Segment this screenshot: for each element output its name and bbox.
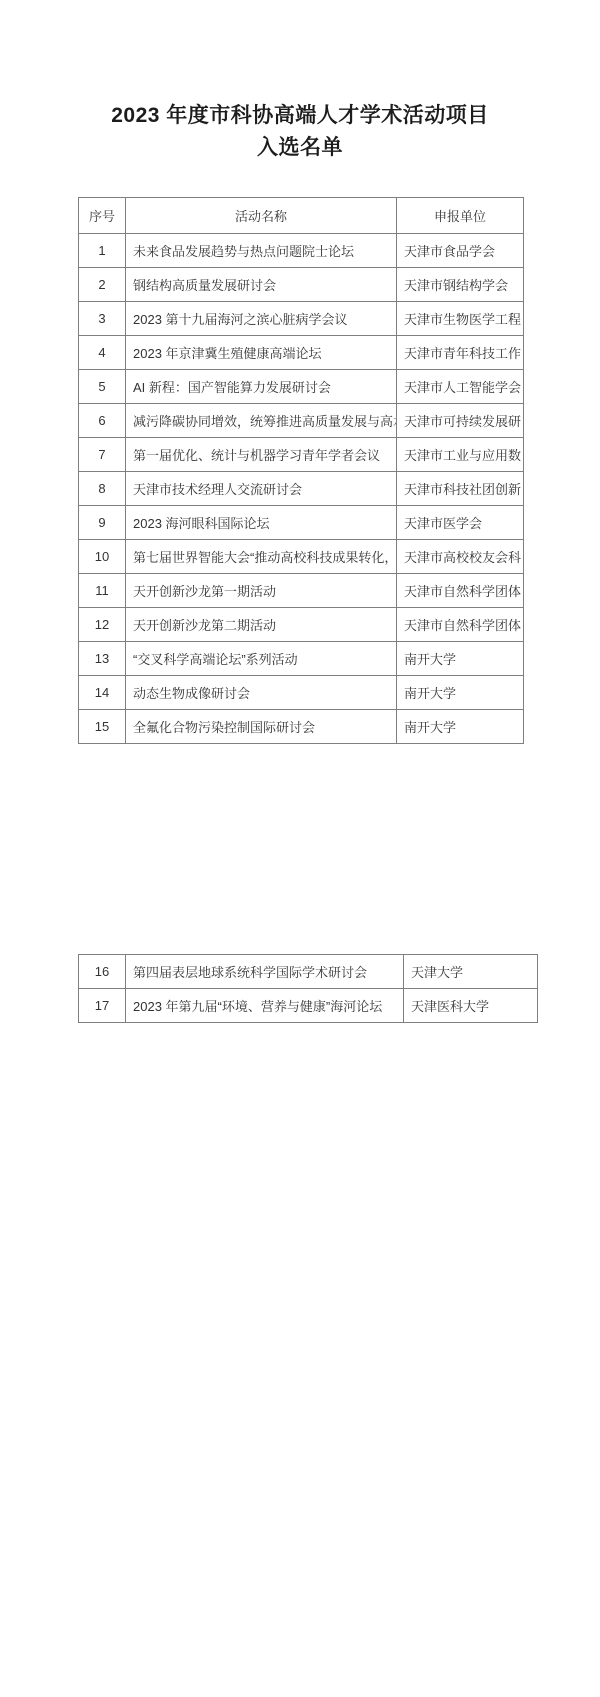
- header-cell-no: 序号: [79, 198, 126, 234]
- applicant-org-cell: 南开大学: [397, 676, 524, 710]
- projects-table-page2: 16第四届表层地球系统科学国际学术研讨会天津大学172023 年第九届“环境、营…: [78, 954, 538, 1023]
- activity-name-cell: 2023 海河眼科国际论坛: [126, 506, 397, 540]
- table-row: 172023 年第九届“环境、营养与健康”海河论坛天津医科大学: [79, 989, 538, 1023]
- applicant-org-cell: 天津市自然科学团体: [397, 608, 524, 642]
- table-row: 13“交叉科学高端论坛”系列活动南开大学: [79, 642, 524, 676]
- activity-name-cell: “交叉科学高端论坛”系列活动: [126, 642, 397, 676]
- activity-name-cell: 第七届世界智能大会“推动高校科技成果转化，: [126, 540, 397, 574]
- activity-name-cell: 2023 年京津冀生殖健康高端论坛: [126, 336, 397, 370]
- table-row: 6减污降碳协同增效，统筹推进高质量发展与高水天津市可持续发展研: [79, 404, 524, 438]
- row-index-cell: 12: [79, 608, 126, 642]
- activity-name-cell: 钢结构高质量发展研讨会: [126, 268, 397, 302]
- row-index-cell: 16: [79, 955, 126, 989]
- table-row: 7第一届优化、统计与机器学习青年学者会议天津市工业与应用数: [79, 438, 524, 472]
- applicant-org-cell: 天津市生物医学工程: [397, 302, 524, 336]
- row-index-cell: 4: [79, 336, 126, 370]
- applicant-org-cell: 天津市工业与应用数: [397, 438, 524, 472]
- applicant-org-cell: 天津大学: [404, 955, 538, 989]
- activity-name-cell: 2023 年第九届“环境、营养与健康”海河论坛: [126, 989, 404, 1023]
- activity-name-cell: 2023 第十九届海河之滨心脏病学会议: [126, 302, 397, 336]
- row-index-cell: 17: [79, 989, 126, 1023]
- row-index-cell: 8: [79, 472, 126, 506]
- applicant-org-cell: 天津市钢结构学会: [397, 268, 524, 302]
- activity-name-cell: 天开创新沙龙第二期活动: [126, 608, 397, 642]
- applicant-org-cell: 天津医科大学: [404, 989, 538, 1023]
- row-index-cell: 15: [79, 710, 126, 744]
- table-row: 8天津市技术经理人交流研讨会天津市科技社团创新: [79, 472, 524, 506]
- row-index-cell: 3: [79, 302, 126, 336]
- table-body-page2: 16第四届表层地球系统科学国际学术研讨会天津大学172023 年第九届“环境、营…: [79, 955, 538, 1023]
- header-cell-org: 申报单位: [397, 198, 524, 234]
- table-row: 32023 第十九届海河之滨心脏病学会议天津市生物医学工程: [79, 302, 524, 336]
- row-index-cell: 11: [79, 574, 126, 608]
- table-row: 5AI 新程：国产智能算力发展研讨会天津市人工智能学会: [79, 370, 524, 404]
- activity-name-cell: 减污降碳协同增效，统筹推进高质量发展与高水: [126, 404, 397, 438]
- projects-table-page1: 序号 活动名称 申报单位 1未来食品发展趋势与热点问题院士论坛天津市食品学会2钢…: [78, 197, 524, 744]
- table-row: 15全氟化合物污染控制国际研讨会南开大学: [79, 710, 524, 744]
- activity-name-cell: 第一届优化、统计与机器学习青年学者会议: [126, 438, 397, 472]
- table-row: 11天开创新沙龙第一期活动天津市自然科学团体: [79, 574, 524, 608]
- table-row: 12天开创新沙龙第二期活动天津市自然科学团体: [79, 608, 524, 642]
- activity-name-cell: AI 新程：国产智能算力发展研讨会: [126, 370, 397, 404]
- row-index-cell: 1: [79, 234, 126, 268]
- activity-name-cell: 未来食品发展趋势与热点问题院士论坛: [126, 234, 397, 268]
- applicant-org-cell: 天津市青年科技工作: [397, 336, 524, 370]
- applicant-org-cell: 天津市人工智能学会: [397, 370, 524, 404]
- document-page: 2023 年度市科协高端人才学术活动项目 入选名单 序号 活动名称 申报单位 1…: [0, 0, 600, 1697]
- table-body-page1: 1未来食品发展趋势与热点问题院士论坛天津市食品学会2钢结构高质量发展研讨会天津市…: [79, 234, 524, 744]
- header-cell-name: 活动名称: [126, 198, 397, 234]
- applicant-org-cell: 天津市医学会: [397, 506, 524, 540]
- table-header: 序号 活动名称 申报单位: [79, 198, 524, 234]
- table-row: 10第七届世界智能大会“推动高校科技成果转化，天津市高校校友会科: [79, 540, 524, 574]
- applicant-org-cell: 天津市科技社团创新: [397, 472, 524, 506]
- applicant-org-cell: 天津市高校校友会科: [397, 540, 524, 574]
- table-row: 14动态生物成像研讨会南开大学: [79, 676, 524, 710]
- applicant-org-cell: 天津市食品学会: [397, 234, 524, 268]
- applicant-org-cell: 天津市自然科学团体: [397, 574, 524, 608]
- row-index-cell: 6: [79, 404, 126, 438]
- applicant-org-cell: 天津市可持续发展研: [397, 404, 524, 438]
- activity-name-cell: 全氟化合物污染控制国际研讨会: [126, 710, 397, 744]
- table-header-row: 序号 活动名称 申报单位: [79, 198, 524, 234]
- table-row: 1未来食品发展趋势与热点问题院士论坛天津市食品学会: [79, 234, 524, 268]
- table-row: 92023 海河眼科国际论坛天津市医学会: [79, 506, 524, 540]
- activity-name-cell: 天开创新沙龙第一期活动: [126, 574, 397, 608]
- row-index-cell: 10: [79, 540, 126, 574]
- activity-name-cell: 动态生物成像研讨会: [126, 676, 397, 710]
- page-title: 2023 年度市科协高端人才学术活动项目 入选名单: [0, 100, 600, 164]
- table-row: 16第四届表层地球系统科学国际学术研讨会天津大学: [79, 955, 538, 989]
- row-index-cell: 5: [79, 370, 126, 404]
- row-index-cell: 7: [79, 438, 126, 472]
- activity-name-cell: 第四届表层地球系统科学国际学术研讨会: [126, 955, 404, 989]
- table-row: 2钢结构高质量发展研讨会天津市钢结构学会: [79, 268, 524, 302]
- row-index-cell: 13: [79, 642, 126, 676]
- applicant-org-cell: 南开大学: [397, 710, 524, 744]
- page-title-line2: 入选名单: [0, 132, 600, 164]
- row-index-cell: 14: [79, 676, 126, 710]
- row-index-cell: 2: [79, 268, 126, 302]
- applicant-org-cell: 南开大学: [397, 642, 524, 676]
- table-row: 42023 年京津冀生殖健康高端论坛天津市青年科技工作: [79, 336, 524, 370]
- row-index-cell: 9: [79, 506, 126, 540]
- page-title-line1: 2023 年度市科协高端人才学术活动项目: [0, 100, 600, 132]
- activity-name-cell: 天津市技术经理人交流研讨会: [126, 472, 397, 506]
